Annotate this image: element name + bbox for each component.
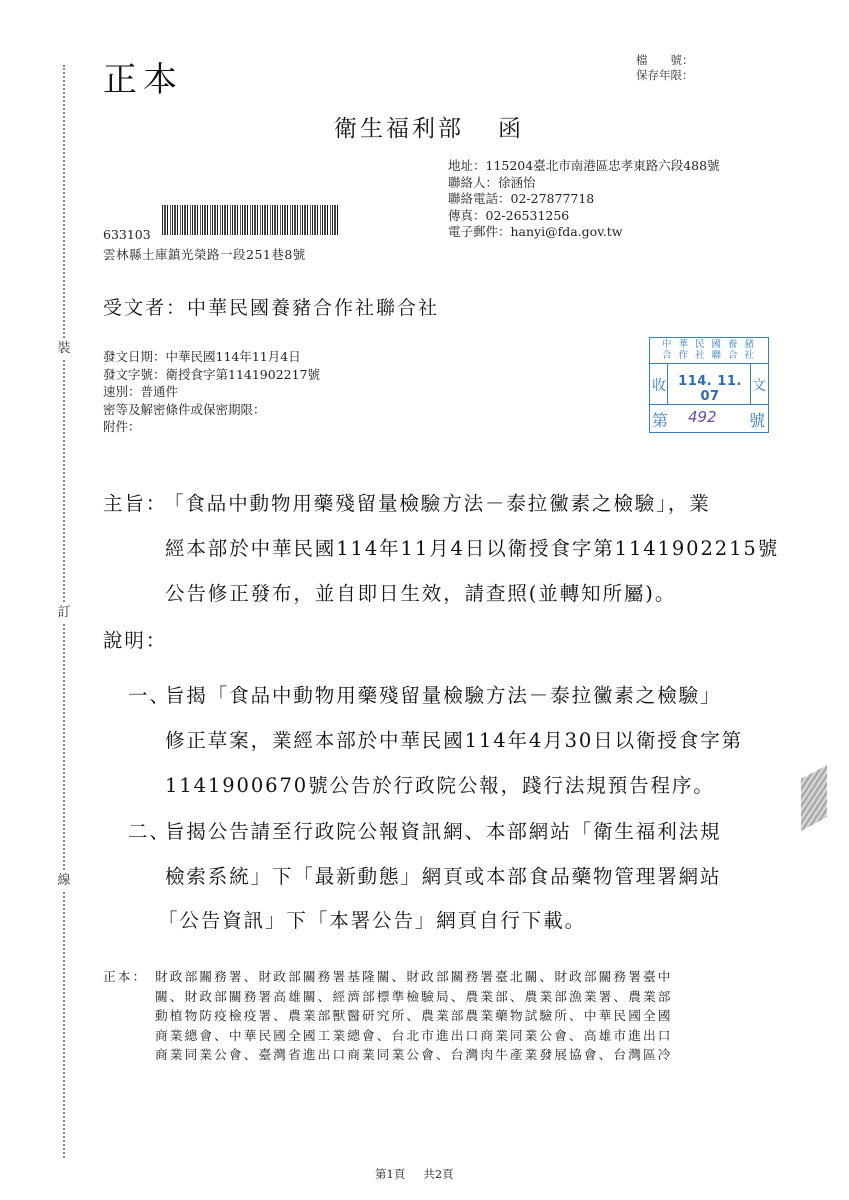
binding-mark-ding: 訂 xyxy=(55,604,73,622)
doc-type: 函 xyxy=(498,116,524,142)
binding-mark-zhuang: 裝 xyxy=(55,340,73,358)
page-total: 共2頁 xyxy=(423,1167,453,1181)
stamp-header-line2: 合 作 社 聯 合 社 xyxy=(650,350,768,361)
stamp-bottom: 第 492 號 xyxy=(650,405,768,431)
barcode xyxy=(162,205,340,235)
recipient-address: 雲林縣土庫鎮光榮路一段251巷8號 xyxy=(103,245,306,263)
confidentiality: 密等及解密條件或保密期限： xyxy=(103,401,320,419)
subject-line-2: 經本部於中華民國114年11月4日以衛授食字第1141902215號 xyxy=(165,533,779,561)
contact-phone: 聯絡電話：02-27877718 xyxy=(448,191,720,208)
stamp-received-char: 收 xyxy=(652,375,666,395)
contact-email: 電子郵件：hanyi@fda.gov.tw xyxy=(448,224,720,241)
item-2-line-1: 旨揭公告請至行政院公報資訊網、本部網站「衛生福利法規 xyxy=(165,816,721,844)
stamp-doc-char: 文 xyxy=(752,375,766,395)
issuer-title: 衛生福利部函 xyxy=(334,110,524,143)
page-number: 第1頁 xyxy=(375,1167,405,1181)
priority: 速別：普通件 xyxy=(103,383,320,401)
contact-address: 地址：115204臺北市南港區忠孝東路六段488號 xyxy=(448,158,720,175)
postal-code: 633103 xyxy=(103,227,151,242)
item-1-line-1: 旨揭「食品中動物用藥殘留量檢驗方法－泰拉黴素之檢驗」 xyxy=(165,680,721,708)
file-info: 檔 號： 保存年限： xyxy=(636,53,694,83)
recipient: 受文者：中華民國養豬合作社聯合社 xyxy=(103,293,439,320)
stamp-header-line1: 中 華 民 國 養 豬 xyxy=(650,339,768,350)
subject-line-1: 「食品中動物用藥殘留量檢驗方法－泰拉黴素之檢驗」，業 xyxy=(164,488,711,516)
stamp-number-char: 號 xyxy=(749,408,765,431)
item-1-line-2: 修正草案，業經本部於中華民國114年4月30日以衛授食字第 xyxy=(165,725,743,753)
item-1-line-3: 1141900670號公告於行政院公報，踐行法規預告程序。 xyxy=(165,770,715,798)
item-2-line-2: 檢索系統」下「最新動態」網頁或本部食品藥物管理署網站 xyxy=(165,861,721,889)
subject-label: 主旨： xyxy=(103,488,167,516)
cc-line: 商業總會、中華民國全國工業總會、台北市進出口商業同業公會、高雄市進出口 xyxy=(155,1026,673,1046)
explanation-label: 說明： xyxy=(103,625,167,653)
copy-mark: 正本 xyxy=(103,52,183,101)
cc-label: 正本： xyxy=(103,967,147,987)
document-meta: 發文日期：中華民國114年11月4日 發文字號：衛授食字第1141902217號… xyxy=(103,348,320,436)
stamp-ordinal-char: 第 xyxy=(652,408,668,431)
stamp-date: 114. 11. 07 xyxy=(672,374,748,404)
attachments: 附件： xyxy=(103,418,320,436)
retention-label: 保存年限： xyxy=(636,68,694,83)
contact-fax: 傳真：02-26531256 xyxy=(448,208,720,225)
subject-line-3: 公告修正發布，並自即日生效，請查照(並轉知所屬)。 xyxy=(165,578,676,606)
issue-date: 發文日期：中華民國114年11月4日 xyxy=(103,348,320,366)
cc-line: 商業同業公會、臺灣省進出口商業同業公會、台灣肉牛產業發展協會、台灣區冷 xyxy=(155,1045,673,1065)
page-footer: 第1頁共2頁 xyxy=(375,1166,454,1182)
cc-line: 動植物防疫檢疫署、農業部獸醫研究所、農業部農業藥物試驗所、中華民國全國 xyxy=(155,1006,673,1026)
cc-line: 財政部關務署、財政部關務署基隆關、財政部關務署臺北關、財政部關務署臺中 xyxy=(155,967,673,987)
receipt-stamp: 中 華 民 國 養 豬 合 作 社 聯 合 社 收 114. 11. 07 文 … xyxy=(649,337,769,433)
cc-line: 關、財政部關務署高雄關、經濟部標準檢驗局、農業部、農業部漁業署、農業部 xyxy=(155,987,673,1007)
stamp-handwritten-number: 492 xyxy=(688,408,717,426)
item-2-line-3: 「公告資訊」下「本署公告」網頁自行下載。 xyxy=(158,905,586,933)
file-number-label: 檔 號： xyxy=(636,53,694,68)
stamp-header: 中 華 民 國 養 豬 合 作 社 聯 合 社 xyxy=(650,338,768,364)
contact-block: 地址：115204臺北市南港區忠孝東路六段488號 聯絡人：徐涵怡 聯絡電話：0… xyxy=(448,158,720,241)
issuer-name: 衛生福利部 xyxy=(334,116,464,142)
binding-mark-xian: 線 xyxy=(55,872,73,890)
contact-person: 聯絡人：徐涵怡 xyxy=(448,175,720,192)
cc-recipients: 財政部關務署、財政部關務署基隆關、財政部關務署臺北關、財政部關務署臺中 關、財政… xyxy=(155,967,673,1065)
stamp-middle: 收 114. 11. 07 文 xyxy=(650,363,768,405)
doc-number: 發文字號：衛授食字第1141902217號 xyxy=(103,366,320,384)
perforation-seal-mark xyxy=(801,765,827,831)
